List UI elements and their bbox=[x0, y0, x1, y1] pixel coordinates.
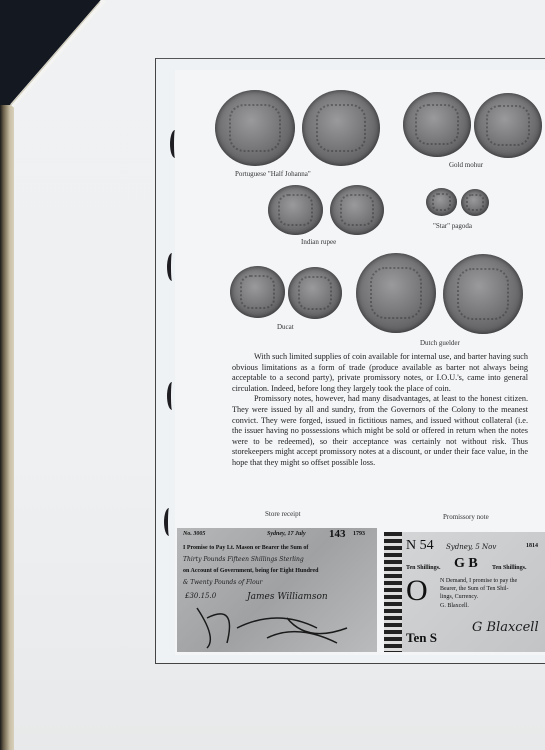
paragraph-2: Promissory notes, however, had many disa… bbox=[232, 394, 528, 468]
promissory-note-image: N 54 Sydney, 5 Nov 1814 Ten Shillings. G… bbox=[384, 532, 545, 652]
caption-dutch-guelder: Dutch guelder bbox=[420, 339, 460, 347]
note-big-letter: O bbox=[406, 574, 428, 608]
receipt-number: No. 3005 bbox=[183, 531, 205, 537]
note-issuer: G. Blaxcell. bbox=[440, 603, 469, 609]
note-place-date: Sydney, 5 Nov bbox=[446, 543, 496, 551]
ducat-obverse bbox=[230, 266, 285, 318]
indian-rupee-reverse bbox=[330, 185, 384, 235]
receipt-year: 1793 bbox=[353, 531, 365, 537]
binding-hole-mark bbox=[164, 508, 174, 536]
receipt-serial: 143 bbox=[329, 528, 346, 540]
caption-promissory-note: Promissory note bbox=[443, 513, 489, 521]
portuguese-half-johanna-reverse bbox=[302, 90, 380, 166]
binding-hole-mark bbox=[167, 253, 177, 281]
gold-mohur-reverse bbox=[474, 93, 542, 158]
note-ten-shillings-right: Ten Shillings. bbox=[492, 565, 526, 571]
caption-store-receipt: Store receipt bbox=[265, 510, 301, 518]
note-body-line-2: Bearer, the Sum of Ten Shil- bbox=[440, 586, 509, 592]
binding-hole-mark bbox=[170, 130, 180, 158]
gold-mohur-obverse bbox=[403, 92, 471, 157]
receipt-line-2: Thirty Pounds Fifteen Shillings Sterling bbox=[183, 556, 304, 563]
note-initials: G B bbox=[454, 556, 478, 572]
note-ornamental-border bbox=[384, 532, 402, 652]
receipt-line-3: on Account of Government, being for Eigh… bbox=[183, 568, 318, 574]
caption-portuguese: Portuguese "Half Johanna" bbox=[235, 170, 311, 178]
note-year: 1814 bbox=[526, 543, 538, 549]
star-pagoda-obverse bbox=[426, 188, 457, 216]
caption-indian-rupee: Indian rupee bbox=[301, 238, 336, 246]
portuguese-half-johanna-obverse bbox=[215, 90, 295, 166]
dutch-guelder-obverse bbox=[356, 253, 436, 333]
note-denomination: Ten S bbox=[406, 630, 437, 646]
note-body-line-3: lings, Currency. bbox=[440, 594, 478, 600]
caption-star-pagoda: "Star" pagoda bbox=[433, 222, 472, 230]
binding-hole-mark bbox=[167, 382, 177, 410]
note-ten-shillings-left: Ten Shillings. bbox=[406, 565, 440, 571]
ducat-reverse bbox=[288, 267, 342, 319]
dutch-guelder-reverse bbox=[443, 254, 523, 334]
indian-rupee-obverse bbox=[268, 185, 323, 235]
body-text: With such limited supplies of coin avail… bbox=[232, 352, 528, 469]
caption-gold-mohur: Gold mohur bbox=[449, 161, 483, 169]
star-pagoda-reverse bbox=[461, 189, 489, 216]
receipt-line-1: I Promise to Pay Lt. Mason or Bearer the… bbox=[183, 545, 308, 551]
note-signature: G Blaxcell bbox=[472, 620, 539, 635]
note-body-line-1: N Demand, I promise to pay the bbox=[440, 578, 517, 584]
receipt-place-date: Sydney, 17 July bbox=[267, 531, 306, 537]
paragraph-1: With such limited supplies of coin avail… bbox=[232, 352, 528, 394]
receipt-line-4: & Twenty Pounds of Flour bbox=[183, 579, 262, 586]
caption-ducat: Ducat bbox=[277, 323, 294, 331]
note-number: N 54 bbox=[406, 538, 434, 554]
store-receipt-image: No. 3005 Sydney, 17 July 143 1793 I Prom… bbox=[177, 528, 377, 652]
receipt-scrawl bbox=[177, 598, 377, 652]
